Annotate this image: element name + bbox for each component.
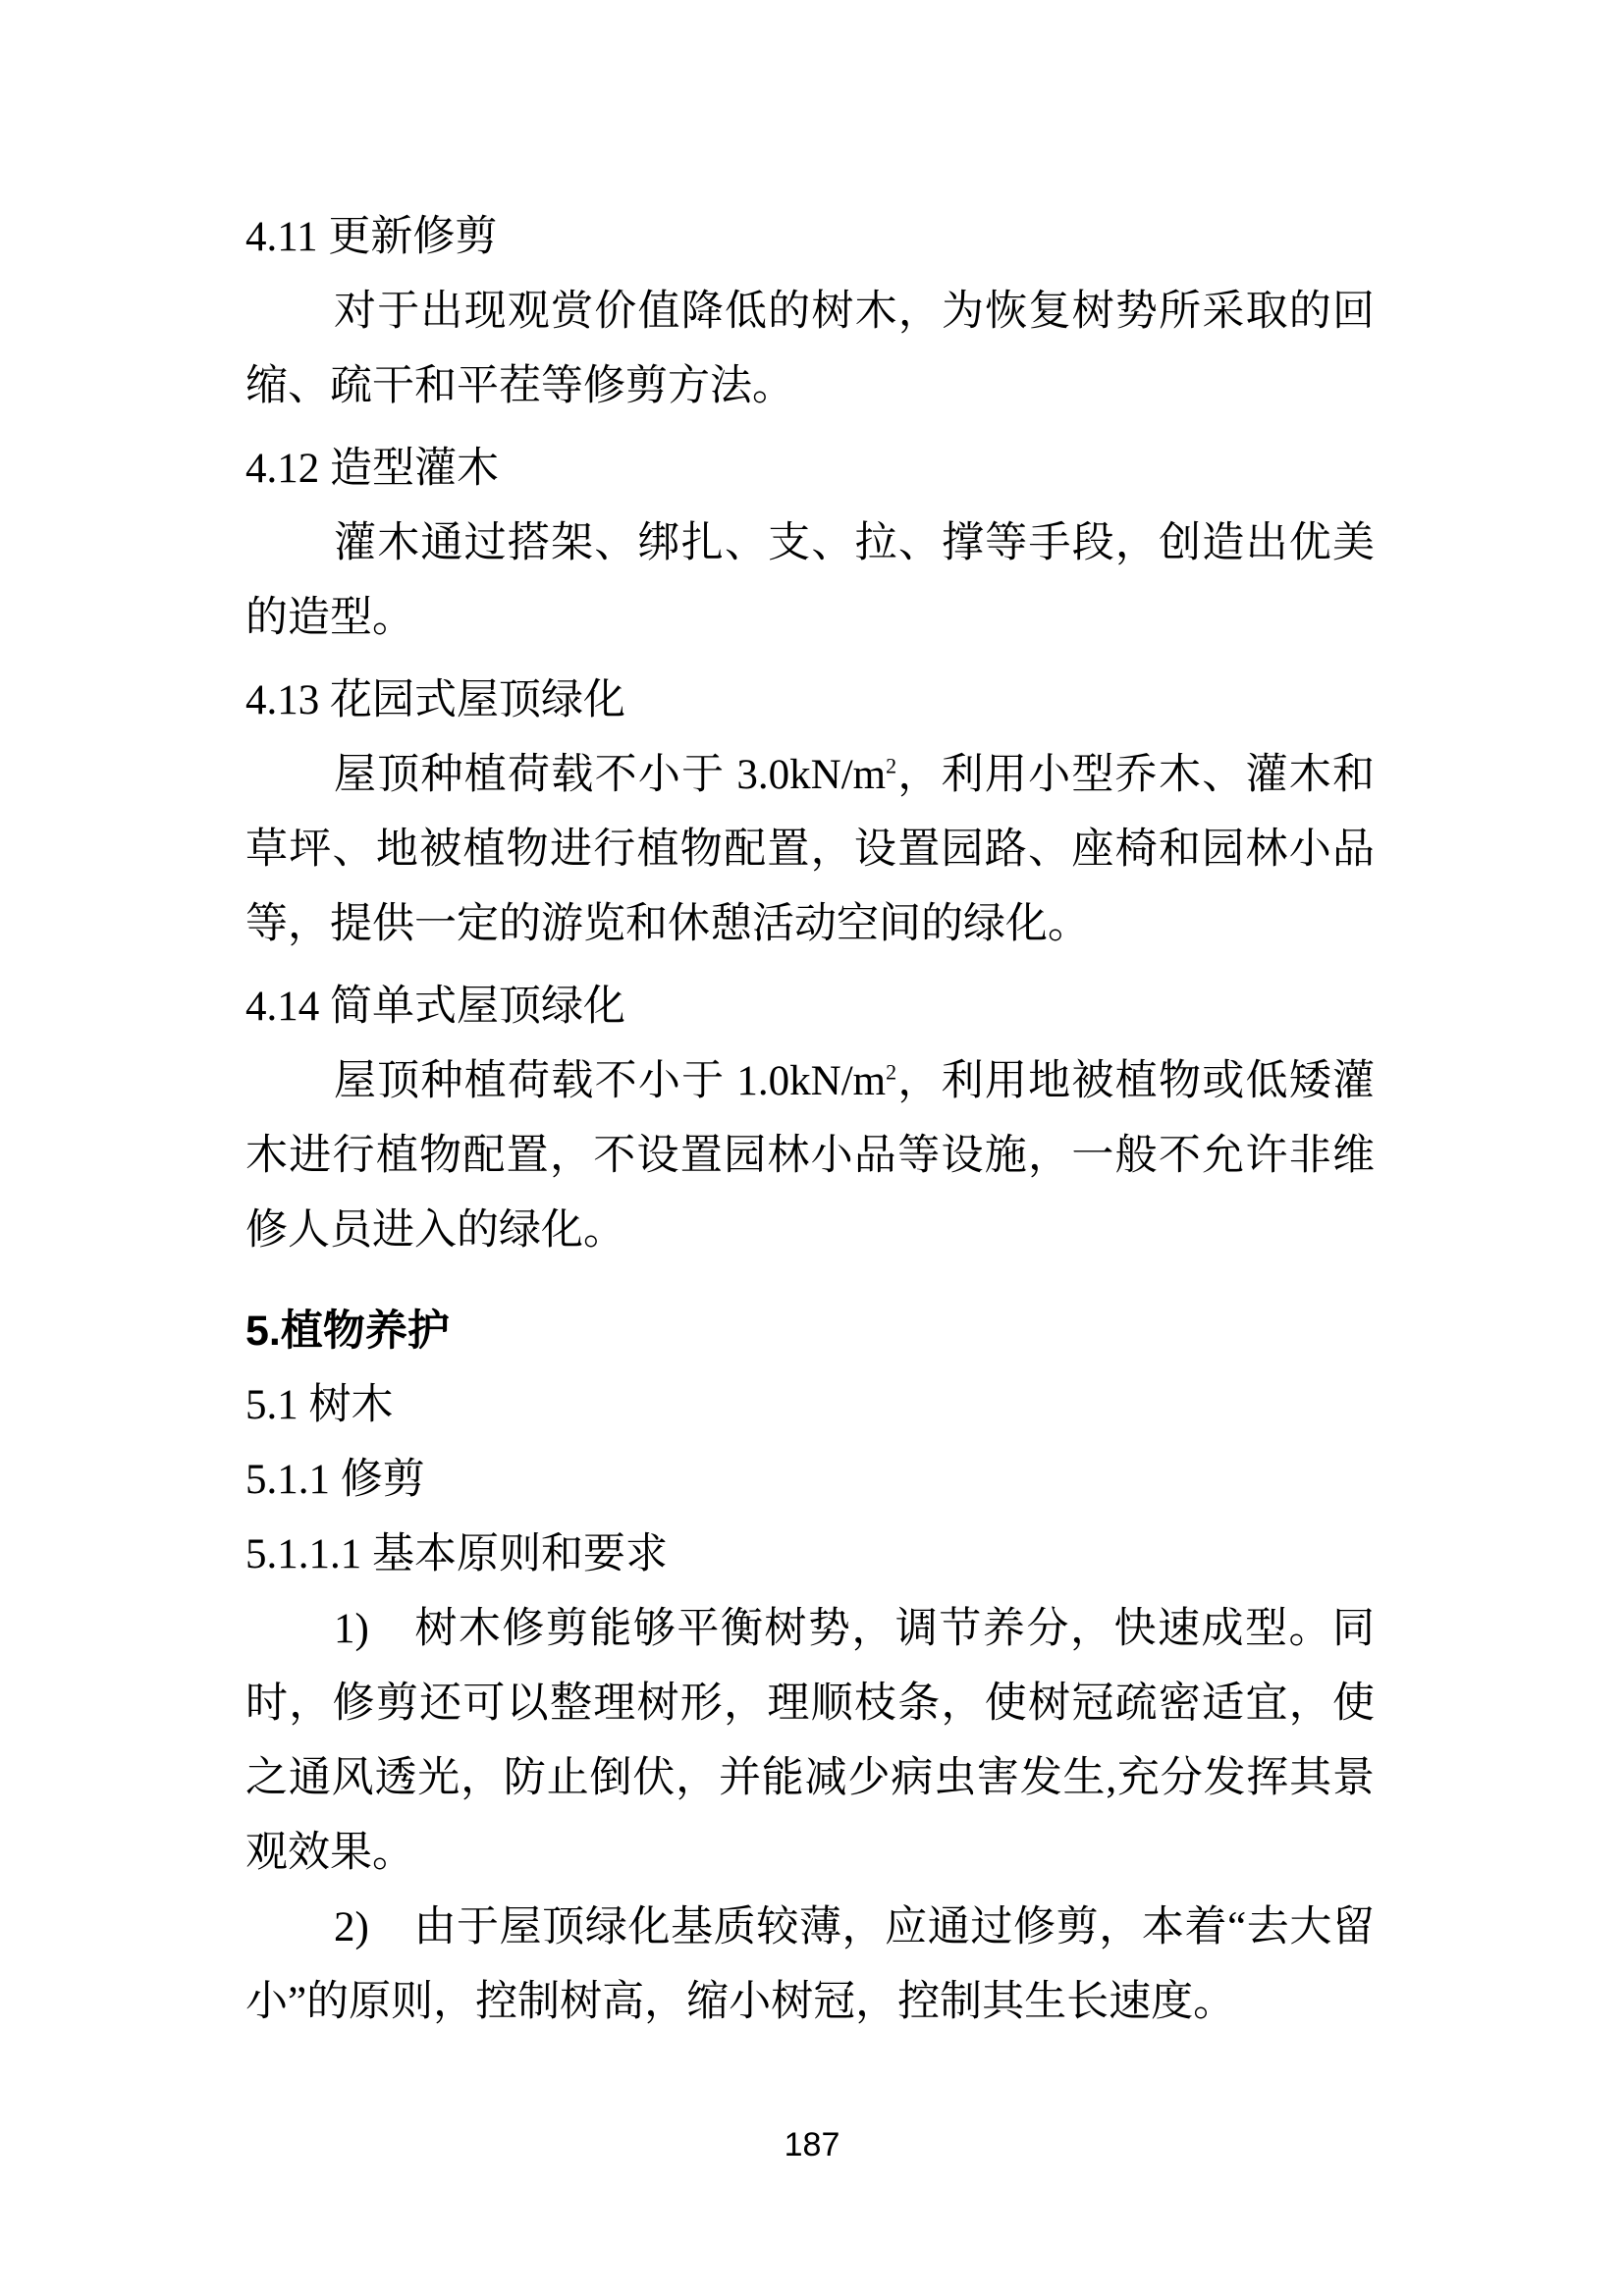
paragraph-line: 木进行植物配置，不设置园林小品等设施，一般不允许非维 [245, 1119, 1375, 1194]
section-heading-5-1-1-1: 5.1.1.1 基本原则和要求 [245, 1518, 1375, 1592]
body-text: 屋顶种植荷载不小于 3.0kN/m [334, 752, 886, 798]
page-number: 187 [0, 2120, 1624, 2169]
paragraph-line: 1)树木修剪能够平衡树势，调节养分，快速成型。同 [245, 1592, 1375, 1667]
section-heading-4-14: 4.14 简单式屋顶绿化 [245, 970, 1375, 1044]
paragraph-line: 修人员进入的绿化。 [245, 1194, 1375, 1268]
section-heading-5-1: 5.1 树木 [245, 1368, 1375, 1443]
paragraph-line: 草坪、地被植物进行植物配置，设置园路、座椅和园林小品 [245, 813, 1375, 887]
section-heading-4-12: 4.12 造型灌木 [245, 432, 1375, 507]
body-text: ，利用地被植物或低矮灌 [896, 1058, 1375, 1104]
superscript-exponent: 2 [886, 1060, 896, 1085]
superscript-exponent: 2 [886, 754, 896, 778]
body-text: 屋顶种植荷载不小于 1.0kN/m [334, 1058, 886, 1104]
chapter-heading-5: 5.植物养护 [245, 1294, 1375, 1368]
paragraph-line: 2)由于屋顶绿化基质较薄，应通过修剪，本着“去大留 [245, 1891, 1375, 1965]
paragraph-line: 屋顶种植荷载不小于 1.0kN/m2，利用地被植物或低矮灌 [245, 1044, 1375, 1119]
list-marker: 2) [334, 1904, 369, 1950]
section-heading-5-1-1: 5.1.1 修剪 [245, 1443, 1375, 1518]
paragraph-line: 小”的原则，控制树高，缩小树冠，控制其生长速度。 [245, 1965, 1375, 2040]
body-text: 由于屋顶绿化基质较薄，应通过修剪，本着“去大留 [413, 1904, 1375, 1950]
paragraph-line: 等，提供一定的游览和休憩活动空间的绿化。 [245, 887, 1375, 962]
paragraph-line: 屋顶种植荷载不小于 3.0kN/m2，利用小型乔木、灌木和 [245, 738, 1375, 813]
paragraph-line: 时，修剪还可以整理树形，理顺枝条，使树冠疏密适宜，使 [245, 1667, 1375, 1741]
paragraph-line: 之通风透光，防止倒伏，并能减少病虫害发生,充分发挥其景 [245, 1741, 1375, 1816]
document-content: 4.11 更新修剪 对于出现观赏价值降低的树木，为恢复树势所采取的回 缩、疏干和… [245, 200, 1375, 2040]
section-heading-4-13: 4.13 花园式屋顶绿化 [245, 664, 1375, 738]
body-text: 树木修剪能够平衡树势，调节养分，快速成型。同 [413, 1606, 1375, 1652]
body-text: ，利用小型乔木、灌木和 [896, 752, 1375, 798]
section-heading-4-11: 4.11 更新修剪 [245, 200, 1375, 275]
paragraph-line: 灌木通过搭架、绑扎、支、拉、撑等手段，创造出优美 [245, 507, 1375, 581]
document-page: 4.11 更新修剪 对于出现观赏价值降低的树木，为恢复树势所采取的回 缩、疏干和… [0, 0, 1624, 2296]
list-marker: 1) [334, 1606, 369, 1652]
paragraph-line: 的造型。 [245, 581, 1375, 656]
paragraph-line: 观效果。 [245, 1816, 1375, 1891]
paragraph-line: 缩、疏干和平茬等修剪方法。 [245, 349, 1375, 424]
paragraph-line: 对于出现观赏价值降低的树木，为恢复树势所采取的回 [245, 275, 1375, 349]
